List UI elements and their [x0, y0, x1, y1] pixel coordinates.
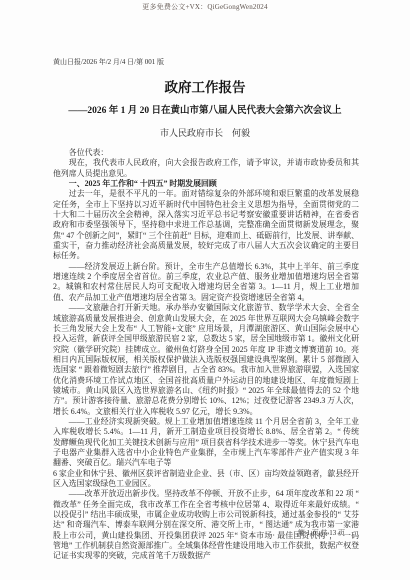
- masthead: 黄山日报/2026 年/2 月/4 日/第 001 版: [53, 57, 164, 67]
- report-subtitle: ——2026 年 1 月 20 日在黄山市第八届人民代表大会第六次会议上: [0, 102, 410, 116]
- report-title: 政府工作报告: [0, 76, 410, 96]
- paragraph: ——经济发展迈上新台阶。预计，全市生产总值增长 6.3%，其中上半年、前三季度增…: [53, 262, 359, 303]
- paragraph: 6 家企业和休宁县、徽州区获评省制造业企业、县（市、区）亩均效益领跑者，歙县经开…: [53, 469, 359, 490]
- paragraph: 过去一年，是很不平凡的一年。面对错综复杂的外部环境和艰巨繁重的改革发展稳定任务，…: [53, 189, 359, 261]
- paragraph: 现在，我代表市人民政府，向大会报告政府工作，请予审议，并请市政协委员和其他列席人…: [53, 158, 359, 179]
- watermark-text: 更多免费公文+VX：QiGeGongWen2024: [0, 2, 410, 12]
- paragraph: ——工业经济实现新突破。规上工业增加值增速连续 11 个月居全省前 3，全年工业…: [53, 417, 359, 469]
- paragraph: 一、2025 年工作和“ 十四五” 时期发展回顾: [53, 179, 359, 189]
- page-number: 第 1 页 共 13 页: [53, 528, 345, 538]
- paragraph: ——改革开放迈出新步伐。坚持改革不停顿、开放不止步，64 项年度改革和 22 项…: [53, 489, 359, 561]
- paragraph: ——文旅融合打开新天地。承办举办安徽国际文化旅游节、数学学术大会、全省全域旅游高…: [53, 303, 359, 417]
- paragraph: 各位代表：: [53, 148, 359, 158]
- report-author: 市人民政府市长 何毅: [0, 126, 410, 139]
- document-page: 更多免费公文+VX：QiGeGongWen2024 黄山日报/2026 年/2 …: [0, 0, 410, 580]
- report-body: 各位代表：现在，我代表市人民政府，向大会报告政府工作，请予审议，并请市政协委员和…: [53, 148, 359, 562]
